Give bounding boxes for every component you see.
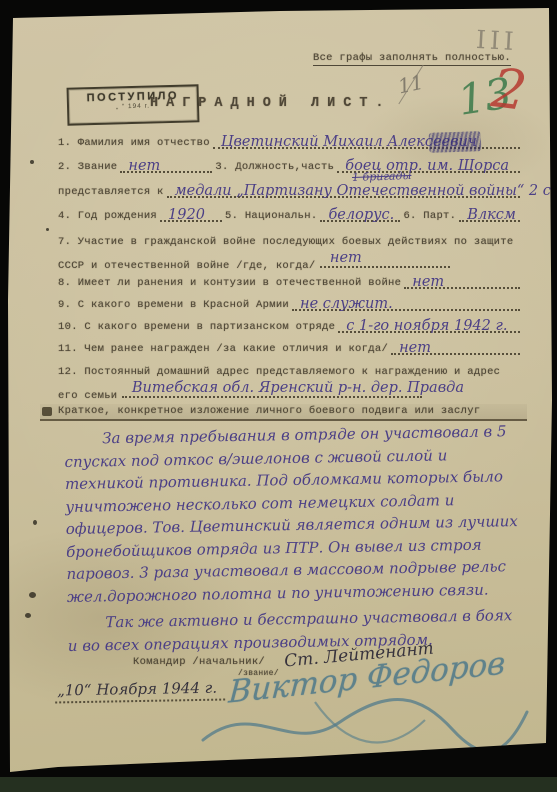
citation-paragraph-2: Так же активно и бесстрашно участвовал в… [67, 604, 522, 657]
field-row-rank-unit: 2. Звание нет 3. Должность,часть боец от… [58, 158, 520, 173]
party-label: 6. Парт. [403, 210, 456, 222]
dotted-line: медали „Партизану Отечественной войны“ 2… [167, 183, 520, 198]
name-label: 1. Фамилия имя отчество [58, 137, 210, 149]
dotted-line: нет [320, 254, 450, 268]
wounds-label: 8. Имеет ли ранения и контузии в отечест… [58, 277, 401, 289]
field-row-name: 1. Фамилия имя отчество Цветинский Михаи… [58, 134, 520, 149]
rank-value: нет [128, 158, 160, 174]
dotted-line: Цветинский Михаил Алексеевич [213, 134, 520, 149]
dotted-line: не служит. [292, 296, 520, 311]
dotted-line: нет [391, 340, 520, 355]
paper-speck [30, 160, 34, 164]
struck-text: еевич [433, 134, 477, 150]
citation-text: За время пребывания в отряде он участвов… [64, 420, 522, 661]
paper-speck [29, 592, 36, 598]
nationality-value: белорус. [328, 207, 394, 223]
dotted-line: Витебская обл. Яренский р-н. дер. Правда [122, 384, 422, 398]
document-title: НАГРАДНОЙ ЛИСТ. [150, 96, 392, 111]
dotted-line: нет [404, 274, 520, 289]
prior-awards-label: 11. Чем ранее награжден /за какие отличи… [58, 343, 388, 355]
field-row-red-army: 9. С какого времени в Красной Армии не с… [58, 296, 520, 311]
field-row-award: представляется к медали „Партизану Отече… [58, 183, 520, 198]
wounds-value: нет [412, 274, 444, 290]
inserted-note: 1 бригады [352, 169, 412, 184]
dotted-line: с 1-го ноября 1942 г. [338, 318, 520, 333]
civil-war-value: нет [330, 248, 362, 269]
nationality-label: 5. Национальн. [225, 210, 317, 222]
red-army-label: 9. С какого времени в Красной Армии [58, 299, 289, 311]
tally-mark: III [475, 25, 518, 56]
commander-label: Командир /начальник/ [133, 656, 265, 668]
red-number-mark: 2 [488, 56, 530, 123]
paper-sheet: Все графы заполнять полностью. III ПОСТУ… [0, 0, 557, 792]
dotted-line: 1920 [160, 207, 222, 222]
paper-speck [25, 613, 31, 618]
award-value: медали „Партизану Отечественной войны“ 2… [175, 183, 557, 199]
partisan-since-label: 10. С какого времени в партизанском отря… [58, 321, 335, 333]
dotted-line: нет [120, 158, 212, 173]
red-army-value: не служит. [300, 296, 393, 312]
scanner-background [0, 777, 557, 792]
field-row-wounds: 8. Имеет ли ранения и контузии в отечест… [58, 274, 520, 289]
prior-awards-value: нет [399, 340, 431, 356]
paper-speck [46, 228, 49, 231]
signature-flourish [195, 690, 535, 760]
section-header: Краткое, конкретное изложение личного бо… [40, 404, 527, 421]
name-value: Цветинский Михаил Алексеевич [221, 134, 477, 150]
field-row-birth-nationality-party: 4. Год рождения 1920 5. Национальн. бело… [58, 207, 520, 222]
field-row-civil-war: 7. Участие в гражданской войне последующ… [58, 229, 520, 277]
field-row-address: 12. Постоянный домашний адрес представля… [58, 359, 520, 407]
partisan-since-value: с 1-го ноября 1942 г. [346, 318, 507, 334]
scanned-document: Все графы заполнять полностью. III ПОСТУ… [0, 0, 557, 792]
address-value: Витебская обл. Яренский р-н. дер. Правда [132, 378, 464, 399]
citation-paragraph-1: За время пребывания в отряде он участвов… [64, 420, 521, 608]
award-label: представляется к [58, 186, 164, 198]
field-row-partisan-since: 10. С какого времени в партизанском отря… [58, 318, 520, 333]
birth-year-value: 1920 [168, 207, 205, 223]
unit-label: 3. Должность,часть [215, 161, 334, 173]
birth-year-label: 4. Год рождения [58, 210, 157, 222]
paper-speck [33, 520, 37, 525]
dotted-line: белорус. [320, 207, 400, 222]
party-value: Влксм [467, 207, 516, 223]
field-row-prior-awards: 11. Чем ранее награжден /за какие отличи… [58, 340, 520, 355]
dotted-line: Влксм [459, 207, 520, 222]
rank-label: 2. Звание [58, 161, 117, 173]
